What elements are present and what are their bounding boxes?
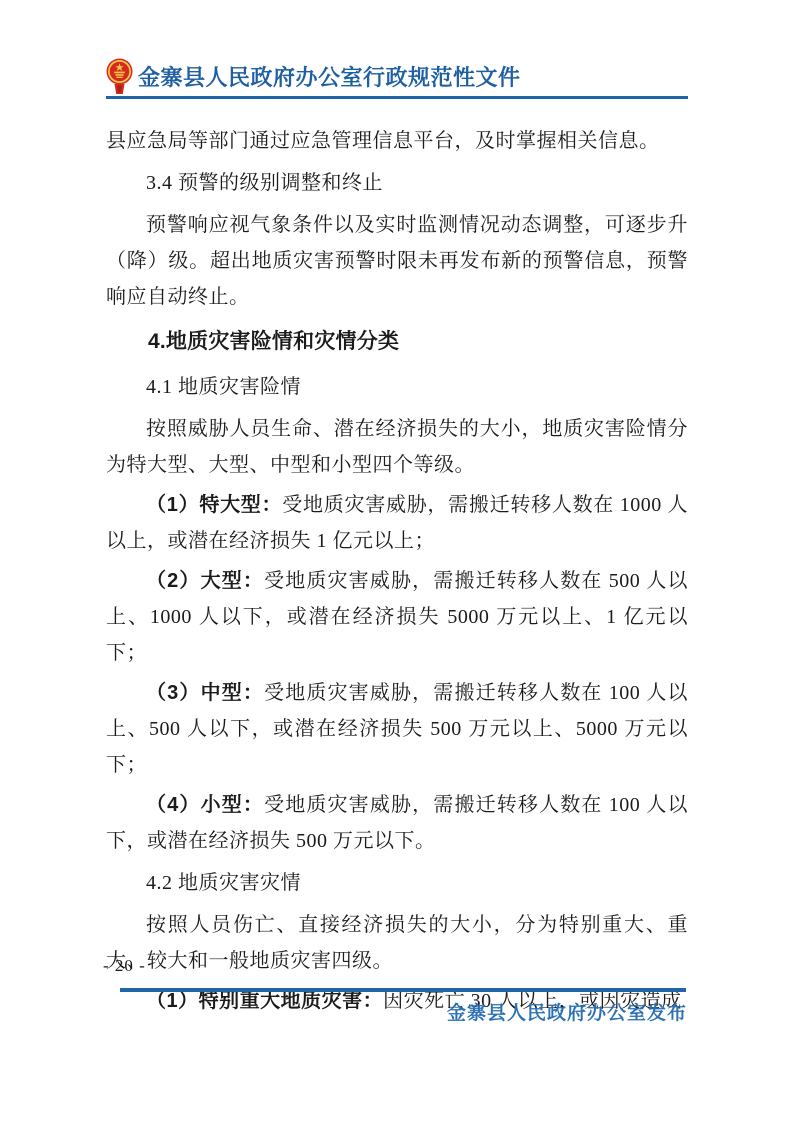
list-item-2-large: （2）大型：受地质灾害威胁，需搬迁转移人数在 500 人以上、1000 人以下，… (106, 563, 688, 671)
list-item-label: （1）特别重大地质灾害： (146, 990, 383, 1012)
list-item-label: （3）中型： (146, 682, 264, 704)
document-body: 县应急局等部门通过应急管理信息平台，及时掌握相关信息。 3.4 预警的级别调整和… (106, 119, 688, 1023)
header-title: 金寨县人民政府办公室行政规范性文件 (138, 61, 521, 92)
list-item-1-extra-large: （1）特大型：受地质灾害威胁，需搬迁转移人数在 1000 人以上，或潜在经济损失… (106, 487, 688, 559)
page-number: - 20 - (103, 956, 146, 976)
china-national-emblem-icon (106, 58, 133, 94)
list-item-3-medium: （3）中型：受地质灾害威胁，需搬迁转移人数在 100 人以上、500 人以下，或… (106, 675, 688, 783)
list-item-label: （4）小型： (146, 794, 264, 816)
body-paragraph: 按照人员伤亡、直接经济损失的大小，分为特别重大、重大、较大和一般地质灾害四级。 (106, 907, 688, 979)
chapter-heading-4: 4.地质灾害险情和灾情分类 (106, 324, 688, 360)
list-item-label: （2）大型： (146, 570, 264, 592)
footer-rule (120, 988, 686, 992)
body-paragraph: 按照威胁人员生命、潜在经济损失的大小，地质灾害险情分为特大型、大型、中型和小型四… (106, 411, 688, 483)
body-paragraph: 预警响应视气象条件以及实时监测情况动态调整，可逐步升（降）级。超出地质灾害预警时… (106, 207, 688, 315)
publisher-label: 金寨县人民政府办公室发布 (447, 998, 687, 1025)
list-item-label: （1）特大型： (146, 494, 282, 516)
section-heading-4-2: 4.2 地质灾害灾情 (106, 865, 688, 901)
body-paragraph-continued: 县应急局等部门通过应急管理信息平台，及时掌握相关信息。 (106, 123, 688, 159)
document-page: 金寨县人民政府办公室行政规范性文件 县应急局等部门通过应急管理信息平台，及时掌握… (0, 0, 793, 1122)
section-heading-3-4: 3.4 预警的级别调整和终止 (106, 165, 688, 201)
section-heading-4-1: 4.1 地质灾害险情 (106, 369, 688, 405)
document-header: 金寨县人民政府办公室行政规范性文件 (106, 58, 688, 99)
list-item-4-small: （4）小型：受地质灾害威胁，需搬迁转移人数在 100 人以下，或潜在经济损失 5… (106, 787, 688, 859)
